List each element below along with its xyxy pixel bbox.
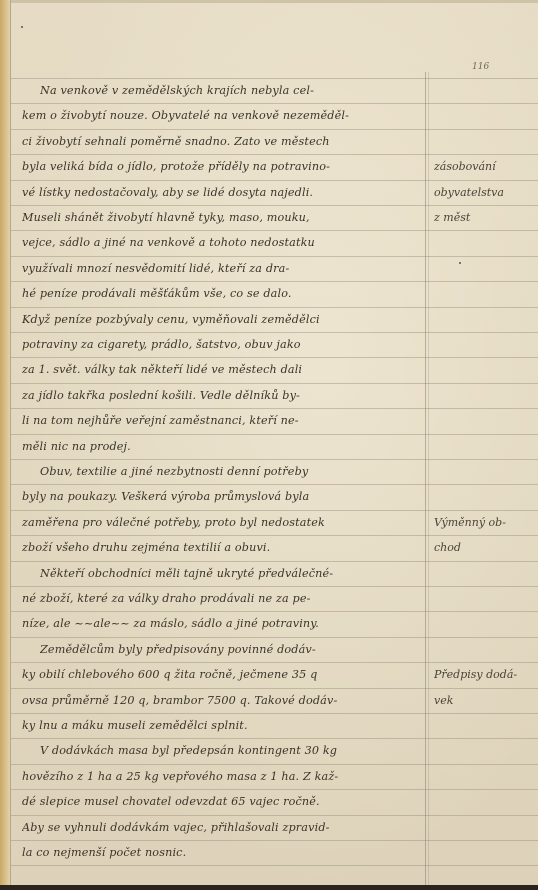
text-line: zaměřena pro válečné potřeby, proto byl …	[22, 510, 422, 536]
margin-note: vek	[434, 688, 538, 714]
text-line: za jídlo takřka poslední košili. Vedle d…	[22, 383, 422, 409]
ink-dot	[459, 262, 461, 264]
text-line: li na tom nejhůře veřejní zaměstnanci, k…	[22, 408, 422, 434]
text-line: ovsa průměrně 120 q, brambor 7500 q. Tak…	[22, 688, 422, 714]
text-line: potraviny za cigarety, prádlo, šatstvo, …	[22, 332, 422, 358]
text-line: hovězího z 1 ha a 25 kg vepřového masa z…	[22, 764, 422, 790]
text-line: vejce, sádlo a jiné na venkově a tohoto …	[22, 230, 422, 256]
text-line: Museli shánět živobytí hlavně tyky, maso…	[22, 205, 422, 231]
text-line: né zboží, které za války draho prodávali…	[22, 586, 422, 612]
text-line: Obuv, textilie a jiné nezbytnosti denní …	[40, 459, 422, 485]
text-line: Na venkově v zemědělských krajích nebyla…	[40, 78, 422, 104]
page-bottom-edge	[0, 885, 538, 890]
text-line: využívali mnozí nesvědomití lidé, kteří …	[22, 256, 422, 282]
page-binding	[0, 0, 10, 890]
text-line: la co nejmenší počet nosnic.	[22, 840, 422, 866]
text-line: ci živobytí sehnali poměrně snadno. Zato…	[22, 129, 422, 155]
text-line: byla veliká bída o jídlo, protože příděl…	[22, 154, 422, 180]
margin-note: Předpisy dodá-	[434, 662, 538, 688]
text-line: hé peníze prodávali měšťákům vše, co se …	[22, 281, 422, 307]
margin-note: chod	[434, 535, 538, 561]
text-line: Aby se vyhnuli dodávkám vajec, přihlašov…	[22, 815, 422, 841]
text-line: vé lístky nedostačovaly, aby se lidé dos…	[22, 180, 422, 206]
manuscript-page: 116 Na venkově v zemědělských krajích ne…	[0, 0, 538, 890]
ink-dot	[21, 26, 23, 28]
text-line: za 1. svět. války tak někteří lidé ve mě…	[22, 357, 422, 383]
margin-note: z měst	[434, 205, 538, 231]
margin-note: obyvatelstva	[434, 180, 538, 206]
margin-line	[425, 72, 426, 890]
text-line: ky lnu a máku museli zemědělci splnit.	[22, 713, 422, 739]
margin-note: zásobování	[434, 154, 538, 180]
text-line: níze, ale ~~ale~~ za máslo, sádlo a jiné…	[22, 611, 422, 637]
margin-line-secondary	[428, 72, 429, 890]
margin-note: Výměnný ob-	[434, 510, 538, 536]
page-number: 116	[472, 62, 489, 72]
binding-edge-line	[10, 0, 11, 890]
page-top-edge	[0, 0, 538, 3]
text-line: Někteří obchodníci měli tajně ukryté pře…	[40, 561, 422, 587]
text-line: dé slepice musel chovatel odevzdat 65 va…	[22, 789, 422, 815]
text-line: kem o živobytí nouze. Obyvatelé na venko…	[22, 103, 422, 129]
text-line: byly na poukazy. Veškerá výroba průmyslo…	[22, 484, 422, 510]
text-line: Když peníze pozbývaly cenu, vyměňovali z…	[22, 307, 422, 333]
text-line: V dodávkách masa byl předepsán kontingen…	[40, 738, 422, 764]
text-line: Zemědělcům byly předpisovány povinné dod…	[40, 637, 422, 663]
text-line: ky obilí chlebového 600 q žita ročně, je…	[22, 662, 422, 688]
text-line: měli nic na prodej.	[22, 434, 422, 460]
text-line: zboží všeho druhu zejména textilií a obu…	[22, 535, 422, 561]
